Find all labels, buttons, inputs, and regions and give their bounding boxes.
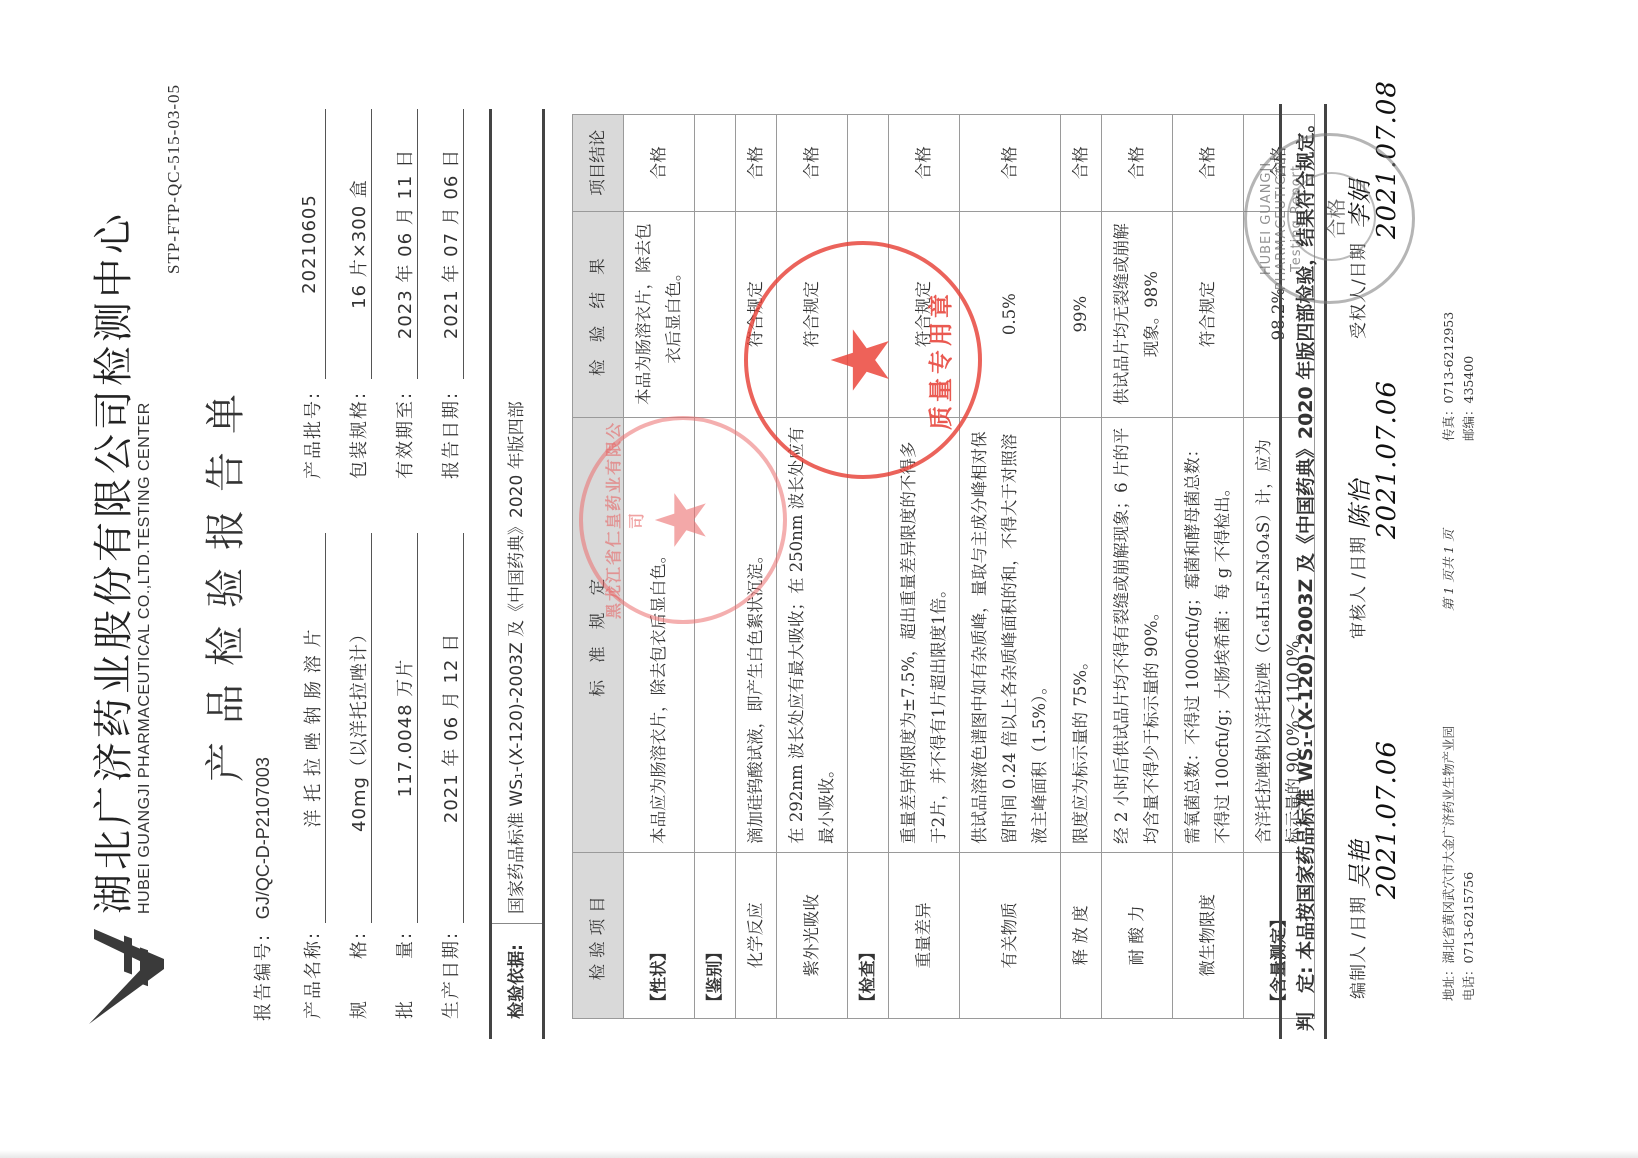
table-row: 释 放 度限度应为标示量的 75%。99%合格	[1061, 115, 1102, 1019]
cell-item: 耐 酸 力	[1102, 852, 1173, 1018]
document-title: 产品检验报告单	[194, 79, 251, 1079]
report-number-value: GJ/QC-D-P2107003	[253, 757, 273, 919]
report-header: 湖北广济药业股份有限公司检测中心 HUBEI GUANGJI PHARMACEU…	[44, 79, 304, 1079]
cell-item: 紫外光吸收	[777, 852, 848, 1018]
reviewer-label: 审核人 /日期	[1349, 536, 1369, 639]
table-row: 有关物质供试品溶液色谱图中如有杂质峰，量取与主成分峰相对保留时间 0.24 倍以…	[960, 115, 1061, 1019]
cell-item: 有关物质	[960, 852, 1061, 1018]
cell-conclusion: 合格	[1173, 115, 1244, 212]
compiler-signature: 编制人 /日期 吴艳 2021.07.06	[1344, 896, 1369, 999]
report-date-value: 2021 年 07 月 06 日	[437, 109, 464, 379]
compiler-date: 2021.07.06	[1372, 740, 1402, 899]
verdict-label: 判 定:	[1295, 966, 1317, 1031]
cell-conclusion: 合格	[736, 115, 777, 212]
meta-row: 生产日期: 2021 年 06 月 12 日 报告日期: 2021 年 07 月…	[427, 119, 473, 1019]
report-number-label: 报告编号:	[253, 933, 274, 1021]
cell-item: 【性状】	[624, 852, 695, 1018]
cell-standard: 经 2 小时后供试品片均不得有裂缝或崩解现象；6 片的平均含量不得少于标示量的 …	[1102, 417, 1173, 852]
spec-label: 规 格:	[345, 931, 371, 1019]
batch-qty-value: 117.0048 万片	[391, 533, 418, 923]
table-row: 微生物限度需氧菌总数：不得过 1000cfu/g；霉菌和酵母菌总数：不得过 10…	[1173, 115, 1244, 1019]
cell-conclusion: 合格	[889, 115, 960, 212]
batch-no-value: 20210605	[299, 109, 326, 379]
footer-postcode: 邮编：435400	[1459, 356, 1477, 441]
cell-item: 化学反应	[736, 852, 777, 1018]
inspection-basis: 检验依据: 国家药品标准 WS₁-(X-120)-2003Z 及《中国药典》20…	[489, 109, 545, 1039]
header-result: 检 验 结 果	[573, 211, 624, 417]
reviewer-date: 2021.07.06	[1372, 380, 1402, 539]
star-icon: ★	[821, 324, 901, 396]
package-label: 包装规格:	[345, 391, 371, 479]
basis-value: 国家药品标准 WS₁-(X-120)-2003Z 及《中国药典》2020 年版四…	[492, 401, 542, 914]
star-icon: ★	[647, 489, 717, 552]
document-code: STP-FTP-QC-515-03-05	[164, 84, 184, 274]
compiler-name: 吴艳	[1340, 839, 1375, 889]
company-name-cn: 湖北广济药业股份有限公司检测中心	[82, 210, 139, 914]
reviewer-name: 陈怡	[1340, 479, 1375, 529]
report-date-label: 报告日期:	[437, 391, 463, 479]
table-row: 耐 酸 力经 2 小时后供试品片均不得有裂缝或崩解现象；6 片的平均含量不得少于…	[1102, 115, 1173, 1019]
company-name-en: HUBEI GUANGJI PHARMACEUTICAL CO.,LTD.TES…	[136, 402, 154, 914]
cell-result: 供试品片均无裂缝或崩解现象。98%	[1102, 211, 1173, 417]
cell-result: 99%	[1061, 211, 1102, 417]
expiry-label: 有效期至:	[391, 391, 417, 479]
cell-conclusion: 合格	[1102, 115, 1173, 212]
product-meta: 产品名称: 洋 托 拉 唑 钠 肠 溶 片 产品批号: 20210605 规 格…	[289, 119, 473, 1019]
cell-item: 微生物限度	[1173, 852, 1244, 1018]
cell-item: 【检查】	[848, 852, 889, 1018]
report-number: 报告编号: GJ/QC-D-P2107003	[249, 757, 275, 1021]
footer-fax: 传真：0713-6212953	[1439, 312, 1457, 441]
product-name-label: 产品名称:	[299, 931, 325, 1019]
meta-row: 产品名称: 洋 托 拉 唑 钠 肠 溶 片 产品批号: 20210605	[289, 119, 335, 1019]
red-seal-quality: ★ 质量专用章	[744, 241, 982, 479]
grey-testing-seal: HUBEI GUANGJI PHARMACEUTICAL · Testing R…	[1244, 133, 1415, 304]
cell-result: 本品为肠溶衣片，除去包衣后显白色。	[624, 211, 695, 417]
cell-conclusion	[695, 115, 736, 212]
expiry-value: 2023 年 06 月 11 日	[391, 109, 418, 379]
inspection-report-page: 湖北广济药业股份有限公司检测中心 HUBEI GUANGJI PHARMACEU…	[44, 79, 1514, 1079]
cell-conclusion: 合格	[1061, 115, 1102, 212]
cell-standard	[848, 417, 889, 852]
cell-result: 符合规定	[1173, 211, 1244, 417]
footer-phone: 电话：0713-6215756	[1461, 872, 1476, 1001]
cell-conclusion: 合格	[960, 115, 1061, 212]
mfg-date-label: 生产日期:	[437, 931, 463, 1019]
cell-standard: 供试品溶液色谱图中如有杂质峰，量取与主成分峰相对保留时间 0.24 倍以上各杂质…	[960, 417, 1061, 852]
mfg-date-value: 2021 年 06 月 12 日	[437, 533, 464, 923]
cell-item: 释 放 度	[1061, 852, 1102, 1018]
grey-seal-mark: 合格	[1320, 136, 1349, 301]
cell-standard: 需氧菌总数：不得过 1000cfu/g；霉菌和酵母菌总数：不得过 100cfu/…	[1173, 417, 1244, 852]
red-seal-outer: 黑龙江省仁皇药业有限公司 ★	[579, 416, 787, 624]
footer: 地址：湖北省黄冈武穴市大金广济药业生物产业园 第 1 页共 1 页 传真：071…	[1439, 121, 1479, 1001]
cell-conclusion	[848, 115, 889, 212]
spec-value: 40mg（以洋托拉唑计）	[345, 533, 372, 923]
scan-edge	[0, 1150, 1638, 1158]
cell-conclusion: 合格	[777, 115, 848, 212]
red-seal-quality-text: 质量专用章	[921, 245, 956, 475]
product-name-value: 洋 托 拉 唑 钠 肠 溶 片	[299, 533, 326, 923]
header-item: 检验项目	[573, 852, 624, 1018]
compiler-label: 编制人 /日期	[1349, 896, 1369, 999]
meta-row: 规 格: 40mg（以洋托拉唑计） 包装规格: 16 片×300 盒	[335, 119, 381, 1019]
cell-standard: 重量差异的限度为±7.5%，超出重量差异限度的不得多于2片，并不得有1片超出限度…	[889, 417, 960, 852]
footer-address: 地址：湖北省黄冈武穴市大金广济药业生物产业园	[1441, 726, 1456, 1001]
header-conclusion: 项目结论	[573, 115, 624, 212]
footer-row: 电话：0713-6215756 邮编：435400	[1459, 121, 1479, 1001]
package-value: 16 片×300 盒	[345, 109, 372, 379]
basis-label: 检验依据:	[492, 923, 542, 1039]
batch-no-label: 产品批号:	[299, 391, 325, 479]
cell-conclusion: 合格	[624, 115, 695, 212]
cell-standard: 在 292nm 波长处应有最大吸收；在 250nm 波长处应有最小吸收。	[777, 417, 848, 852]
reviewer-signature: 审核人 /日期 陈怡 2021.07.06	[1344, 536, 1369, 639]
footer-row: 地址：湖北省黄冈武穴市大金广济药业生物产业园 第 1 页共 1 页 传真：071…	[1439, 121, 1459, 1001]
cell-item: 【鉴别】	[695, 852, 736, 1018]
meta-row: 批 量: 117.0048 万片 有效期至: 2023 年 06 月 11 日	[381, 119, 427, 1019]
cell-result	[695, 211, 736, 417]
batch-qty-label: 批 量:	[391, 931, 417, 1019]
cell-item: 重量差异	[889, 852, 960, 1018]
guangji-logo-icon	[84, 919, 179, 1029]
page-number: 第 1 页共 1 页	[1439, 529, 1457, 611]
cell-standard: 限度应为标示量的 75%。	[1061, 417, 1102, 852]
